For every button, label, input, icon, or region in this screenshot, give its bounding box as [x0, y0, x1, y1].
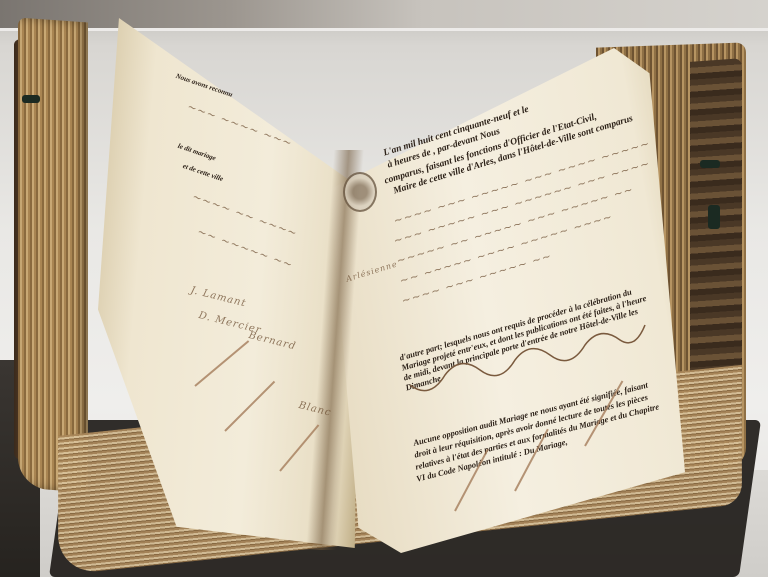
ribbon-left [22, 95, 40, 103]
left-page-edges [18, 18, 88, 493]
official-seal-stamp [343, 172, 377, 212]
open-register-book: Nous avons reconnu le dit mariage et de … [0, 0, 768, 577]
ribbon-right-2 [708, 205, 720, 229]
ribbon-right-1 [700, 160, 720, 168]
